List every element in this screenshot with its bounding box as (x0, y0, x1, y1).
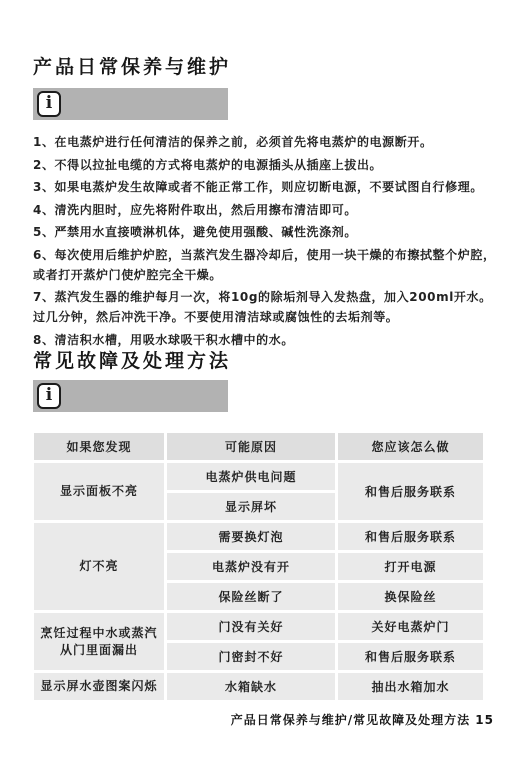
info-icon-glyph: i (46, 95, 52, 112)
action-cell: 打开电源 (338, 553, 483, 580)
finding-cell: 显示屏水壶图案闪烁 (34, 673, 164, 700)
action-cell: 换保险丝 (338, 583, 483, 610)
fault-table: 如果您发现 可能原因 您应该怎么做 显示面板不亮 电蒸炉供电问题 显示屏坏 和售… (34, 433, 483, 700)
cause-cell: 电蒸炉没有开 (167, 553, 335, 580)
cause-cell: 保险丝断了 (167, 583, 335, 610)
list-item-3: 3、如果电蒸炉发生故障或者不能正常工作，则应切断电源，不要试图自行修理。 (33, 177, 496, 197)
cause-cell: 需要换灯泡 (167, 523, 335, 550)
finding-cell: 显示面板不亮 (34, 463, 164, 520)
cause-cell: 显示屏坏 (167, 493, 335, 520)
footer-page-number: 15 (475, 713, 494, 727)
list-item-4: 4、清洗内胆时，应先将附件取出，然后用擦布清洁即可。 (33, 200, 496, 220)
cause-cell: 门密封不好 (167, 643, 335, 670)
table-row-group-water-tank: 显示屏水壶图案闪烁 水箱缺水 抽出水箱加水 (34, 673, 483, 700)
action-cell: 抽出水箱加水 (338, 673, 483, 700)
list-item-5: 5、严禁用水直接喷淋机体，避免使用强酸、碱性洗涤剂。 (33, 222, 496, 242)
info-banner-maintenance: i (33, 88, 228, 120)
list-item-6: 6、每次使用后维护炉腔，当蒸汽发生器冷却后，使用一块干燥的布擦拭整个炉腔，或者打… (33, 245, 496, 285)
footer-text: 产品日常保养与维护/常见故障及处理方法 (231, 713, 470, 727)
info-icon: i (37, 383, 61, 409)
info-icon-glyph: i (46, 387, 52, 404)
list-item-7: 7、蒸汽发生器的维护每月一次，将10g的除垢剂导入发热盘，加入200ml开水。过… (33, 287, 496, 327)
finding-cell: 灯不亮 (34, 523, 164, 610)
action-cell: 和售后服务联系 (338, 643, 483, 670)
table-row-group-display-panel: 显示面板不亮 电蒸炉供电问题 显示屏坏 和售后服务联系 (34, 463, 483, 520)
cause-cell: 门没有关好 (167, 613, 335, 640)
header-cause: 可能原因 (167, 433, 335, 460)
cause-cell: 电蒸炉供电问题 (167, 463, 335, 490)
finding-cell: 烹饪过程中水或蒸汽从门里面漏出 (34, 613, 164, 670)
table-row-group-lamp: 灯不亮 需要换灯泡 电蒸炉没有开 保险丝断了 和售后服务联系 打开电源 换保险丝 (34, 523, 483, 610)
section-title-faults: 常见故障及处理方法 (33, 346, 231, 373)
list-item-1: 1、在电蒸炉进行任何清洁的保养之前，必须首先将电蒸炉的电源断开。 (33, 132, 496, 152)
section-title-maintenance: 产品日常保养与维护 (33, 52, 231, 79)
info-banner-faults: i (33, 380, 228, 412)
table-row-group-leak: 烹饪过程中水或蒸汽从门里面漏出 门没有关好 门密封不好 关好电蒸炉门 和售后服务… (34, 613, 483, 670)
manual-page: 产品日常保养与维护 i 1、在电蒸炉进行任何清洁的保养之前，必须首先将电蒸炉的电… (0, 0, 529, 758)
header-action: 您应该怎么做 (338, 433, 483, 460)
table-header-row: 如果您发现 可能原因 您应该怎么做 (34, 433, 483, 460)
maintenance-list: 1、在电蒸炉进行任何清洁的保养之前，必须首先将电蒸炉的电源断开。 2、不得以拉扯… (33, 132, 496, 352)
list-item-2: 2、不得以拉扯电缆的方式将电蒸炉的电源插头从插座上拔出。 (33, 155, 496, 175)
info-icon: i (37, 91, 61, 117)
action-cell: 和售后服务联系 (338, 463, 483, 520)
cause-cell: 水箱缺水 (167, 673, 335, 700)
action-cell: 和售后服务联系 (338, 523, 483, 550)
action-cell: 关好电蒸炉门 (338, 613, 483, 640)
header-finding: 如果您发现 (34, 433, 164, 460)
page-footer: 产品日常保养与维护/常见故障及处理方法 15 (231, 711, 494, 728)
